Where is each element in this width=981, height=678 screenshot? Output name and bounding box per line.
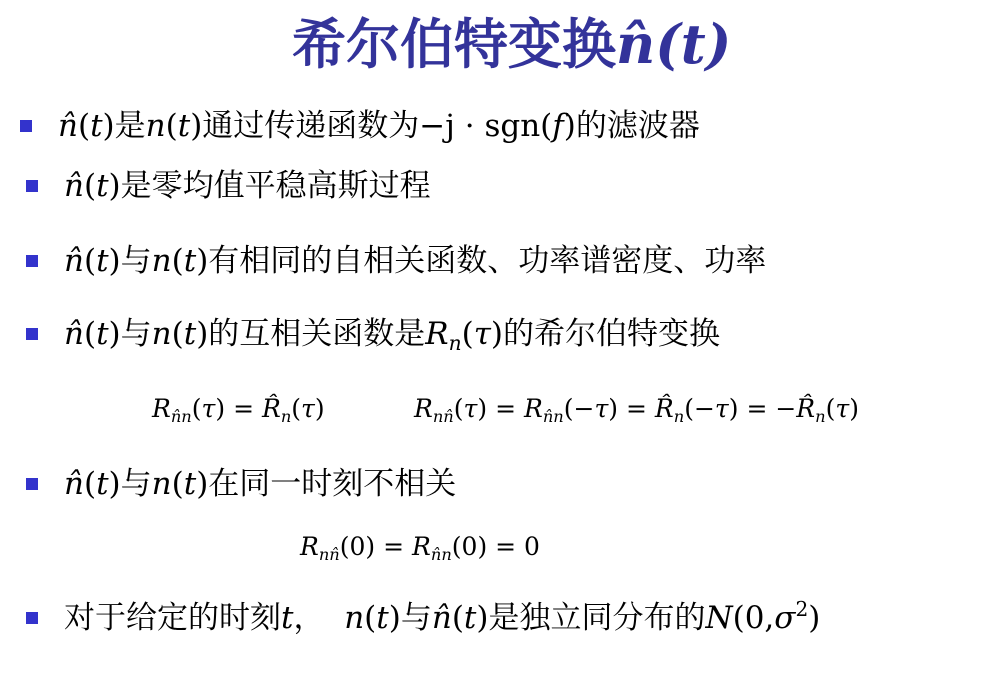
- square-bullet-icon: [20, 120, 32, 132]
- bullet-item: 对于给定的时刻t， n(t)与n̂(t)是独立同分布的N(0,σ2): [26, 598, 820, 638]
- square-bullet-icon: [26, 478, 38, 490]
- bullet-item: n̂(t)是零均值平稳高斯过程: [26, 166, 431, 206]
- equation-zero-correlation: Rnn̂(0) = Rn̂n(0) = 0: [300, 530, 540, 564]
- square-bullet-icon: [26, 612, 38, 624]
- bullet-text: n̂(t)与n(t)有相同的自相关函数、功率谱密度、功率: [64, 241, 766, 281]
- square-bullet-icon: [26, 180, 38, 192]
- bullet-text: 对于给定的时刻t， n(t)与n̂(t)是独立同分布的N(0,σ2): [64, 598, 820, 638]
- bullet-item: n̂(t)与n(t)有相同的自相关函数、功率谱密度、功率: [26, 241, 766, 281]
- square-bullet-icon: [26, 328, 38, 340]
- square-bullet-icon: [26, 255, 38, 267]
- bullet-item: n̂(t)与n(t)的互相关函数是Rn(τ)的希尔伯特变换: [26, 314, 720, 354]
- slide-title: 希尔伯特变换n̂(t): [292, 4, 731, 84]
- bullet-text: n̂(t)是零均值平稳高斯过程: [64, 166, 431, 206]
- equation-cross-correlation-1: Rn̂n(τ) = R̂n(τ): [152, 392, 325, 426]
- bullet-text: n̂(t)是n(t)通过传递函数为−j · sgn(f)的滤波器: [58, 106, 700, 146]
- equation-cross-correlation-2: Rnn̂(τ) = Rn̂n(−τ) = R̂n(−τ) = −R̂n(τ): [414, 392, 859, 426]
- bullet-text: n̂(t)与n(t)的互相关函数是Rn(τ)的希尔伯特变换: [64, 314, 720, 354]
- bullet-item: n̂(t)是n(t)通过传递函数为−j · sgn(f)的滤波器: [20, 106, 700, 146]
- bullet-text: n̂(t)与n(t)在同一时刻不相关: [64, 464, 456, 504]
- bullet-item: n̂(t)与n(t)在同一时刻不相关: [26, 464, 456, 504]
